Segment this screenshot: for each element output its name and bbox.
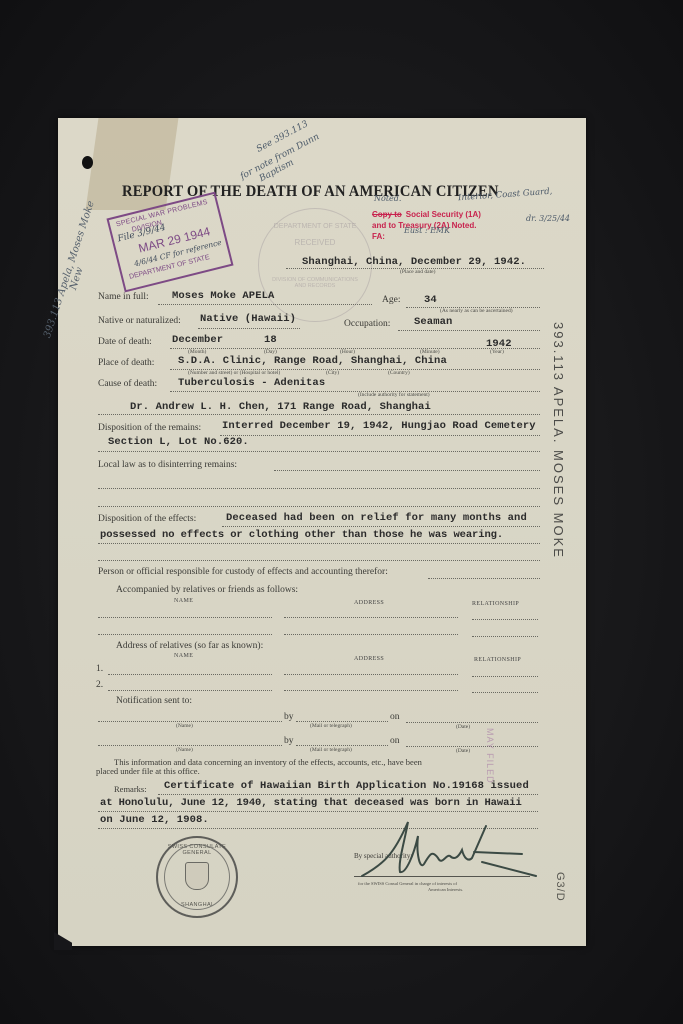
stamp-text-mid: RECEIVED (259, 238, 371, 247)
signature-caption-line2: American Interests. (428, 887, 463, 892)
accompanied-rel-line1 (472, 619, 538, 620)
death-day: 18 (264, 334, 277, 346)
custody-line (428, 578, 540, 579)
relatives-rel-line1 (472, 676, 538, 677)
accompanied-col-relationship: RELATIONSHIP (472, 601, 519, 607)
place-date-caption: (Place and date) (400, 269, 435, 275)
signature-caption-line1: for the SWISS Consul General in charge o… (358, 881, 457, 886)
occupation-value: Seaman (414, 316, 452, 328)
accompanied-name-line1 (98, 617, 272, 618)
cause-of-death-label: Cause of death: (98, 379, 157, 389)
stamp-text-top: DEPARTMENT OF STATE (259, 223, 371, 230)
relatives-name-line2 (108, 690, 272, 691)
punch-hole (82, 156, 93, 169)
caption-street: (Number and street) or (Hospital or hote… (188, 370, 280, 376)
remarks-value3: on June 12, 1908. (100, 814, 209, 826)
accompanied-address-line2 (284, 634, 458, 635)
consulate-seal: SWISS CONSULATE GENERAL SHANGHAI (156, 836, 238, 918)
remarks-value1: Certificate of Hawaiian Birth Applicatio… (164, 780, 529, 792)
native-label: Native or naturalized: (98, 316, 181, 326)
red-fa-label: FA: (372, 232, 385, 241)
name-label: Name in full: (98, 292, 149, 302)
age-caption: (As nearly as can be ascertained) (440, 308, 513, 314)
relatives-name-line1 (108, 674, 272, 675)
handwritten-noted: Noted. (374, 194, 401, 203)
relatives-address-line2 (284, 690, 458, 691)
handwritten-initials: dr. 3/25/44 (526, 214, 570, 223)
death-report-document: See 393.113 for note from Dunn Baptism R… (58, 118, 586, 946)
accompanied-col-name: NAME (174, 598, 193, 604)
date-of-death-label: Date of death: (98, 337, 152, 347)
notification-caption-date-2: (Date) (456, 748, 470, 754)
disposition-effects-line1 (222, 526, 540, 527)
notification-name-line1 (98, 721, 282, 722)
local-law-line3 (98, 506, 540, 507)
caption-country: (Country) (388, 370, 410, 376)
relatives-address-line1 (284, 674, 458, 675)
notification-date-line1 (406, 722, 538, 723)
archive-file-label: 393.113 APELA. MOSES MOKE (551, 322, 566, 559)
disposition-effects-line2 (98, 543, 540, 544)
place-of-death-label: Place of death: (98, 358, 154, 368)
caption-city: (City) (326, 370, 339, 376)
remarks-label: Remarks: (114, 784, 147, 794)
cause-authority: Dr. Andrew L. H. Chen, 171 Range Road, S… (130, 401, 431, 413)
relatives-rel-line2 (472, 692, 538, 693)
place-and-date: Shanghai, China, December 29, 1942. (302, 256, 526, 268)
accompanied-address-line1 (284, 617, 458, 618)
remarks-value2: at Honolulu, June 12, 1940, stating that… (100, 797, 522, 809)
place-of-death-value: S.D.A. Clinic, Range Road, Shanghai, Chi… (178, 355, 447, 367)
notification-method-line2 (296, 745, 388, 746)
notification-caption-name-2: (Name) (176, 747, 193, 753)
seal-text-top: SWISS CONSULATE GENERAL (158, 844, 236, 856)
disposition-effects-value1: Deceased had been on relief for many mon… (226, 512, 527, 524)
native-line (198, 328, 300, 329)
notification-caption-date-1: (Date) (456, 724, 470, 730)
native-value: Native (Hawaii) (200, 313, 296, 325)
notification-by-1: by (284, 712, 294, 722)
disposition-remains-value2: Section L, Lot No.620. (108, 436, 249, 448)
name-value: Moses Moke APELA (172, 290, 274, 302)
notification-on-1: on (390, 712, 400, 722)
accompanied-col-address: ADDRESS (354, 600, 384, 606)
remarks-line2 (98, 811, 538, 812)
notification-on-2: on (390, 736, 400, 746)
torn-corner (54, 932, 72, 950)
cause-of-death-line (170, 391, 540, 392)
disposition-remains-label: Disposition of the remains: (98, 423, 201, 433)
cause-caption: (Include authority for statement) (358, 392, 430, 398)
authority-line (98, 414, 540, 415)
disposition-remains-value1: Interred December 19, 1942, Hungjao Road… (222, 420, 536, 432)
occupation-line (398, 330, 540, 331)
stamp-text-bottom: DIVISION OF COMMUNICATIONS AND RECORDS (259, 277, 371, 289)
notification-caption-method-1: (Mail or telegraph) (310, 723, 352, 729)
signature-icon (354, 814, 544, 884)
local-law-line2 (98, 488, 540, 489)
custody-label: Person or official responsible for custo… (98, 567, 388, 577)
age-label: Age: (382, 295, 400, 305)
relatives-row2-number: 2. (96, 680, 103, 690)
disposition-effects-label: Disposition of the effects: (98, 514, 196, 524)
notification-caption-method-2: (Mail or telegraph) (310, 747, 352, 753)
disposition-effects-line3 (98, 560, 540, 561)
handwritten-fa: Eust : EMK (404, 226, 450, 235)
red-note-line3: FA: (372, 226, 385, 244)
caption-year: (Year) (490, 349, 504, 355)
relatives-col-address: ADDRESS (354, 656, 384, 662)
accompanied-name-line2 (98, 634, 272, 635)
disposition-remains-line1 (220, 435, 540, 436)
relatives-col-relationship: RELATIONSHIP (474, 657, 521, 663)
cause-of-death-value: Tuberculosis - Adenitas (178, 377, 325, 389)
accompanied-label: Accompanied by relatives or friends as f… (116, 585, 298, 595)
notification-date-line2 (406, 746, 538, 747)
occupation-label: Occupation: (344, 319, 390, 329)
notification-by-2: by (284, 736, 294, 746)
notification-name-line2 (98, 745, 282, 746)
disposition-effects-value2: possessed no effects or clothing other t… (100, 529, 503, 541)
relatives-col-name: NAME (174, 653, 193, 659)
notification-method-line1 (296, 721, 388, 722)
received-side-stamp: MAY FILED (485, 728, 495, 784)
date-of-death-line (170, 348, 540, 349)
local-law-line1 (274, 470, 540, 471)
death-month: December (172, 334, 223, 346)
archive-code-label: G3/D (554, 872, 566, 902)
seal-text-bottom: SHANGHAI (158, 902, 236, 908)
accompanied-rel-line2 (472, 636, 538, 637)
local-law-label: Local law as to disinterring remains: (98, 460, 237, 470)
notification-caption-name-1: (Name) (176, 723, 193, 729)
relatives-label: Address of relatives (so far as known): (116, 641, 263, 651)
disposition-remains-line2 (98, 451, 540, 452)
seal-shield-icon (185, 862, 209, 890)
name-line (158, 304, 372, 305)
notification-label: Notification sent to: (116, 696, 192, 706)
age-value: 34 (424, 294, 437, 306)
inventory-note-line2: placed under file at this office. (96, 766, 200, 776)
remarks-line1 (158, 794, 538, 795)
relatives-row1-number: 1. (96, 664, 103, 674)
